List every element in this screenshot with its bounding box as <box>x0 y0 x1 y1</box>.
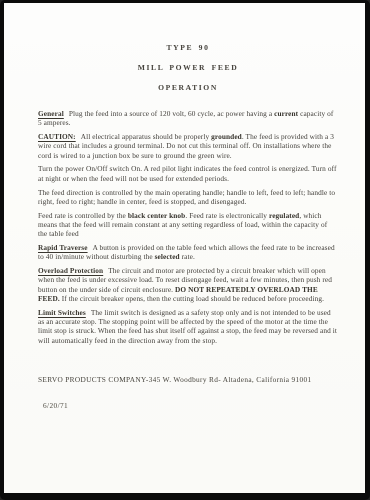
paragraph-heading: Overload Protection <box>38 266 103 275</box>
paragraph-heading: CAUTION: <box>38 132 76 141</box>
paragraph-text: All electrical apparatus should be prope… <box>38 132 334 160</box>
paragraph-text: Turn the power On/Off switch On. A red p… <box>38 164 337 182</box>
document-page: TYPE 90 MILL POWER FEED OPERATION Genera… <box>4 3 365 493</box>
company-address-line: SERVO PRODUCTS COMPANY-345 W. Woodbury R… <box>38 375 338 384</box>
paragraph-text: Plug the feed into a source of 120 volt,… <box>38 109 333 127</box>
paragraph-heading: Limit Switches <box>38 308 86 317</box>
document-header: TYPE 90 MILL POWER FEED OPERATION <box>38 43 338 92</box>
document-date: 6/20/71 <box>43 401 338 410</box>
paragraph-general: GeneralPlug the feed into a source of 12… <box>38 109 338 128</box>
document-product-title: MILL POWER FEED <box>38 63 338 72</box>
paragraph-heading: General <box>38 109 64 118</box>
document-type-title: TYPE 90 <box>38 43 338 52</box>
paragraph-feed-rate: Feed rate is controlled by the black cen… <box>38 211 338 239</box>
paragraph-overload-protection: Overload ProtectionThe circuit and motor… <box>38 266 338 303</box>
paragraph-heading: Rapid Traverse <box>38 243 88 252</box>
paragraph-power-switch: Turn the power On/Off switch On. A red p… <box>38 164 338 183</box>
paragraph-feed-direction: The feed direction is controlled by the … <box>38 188 338 207</box>
document-body: GeneralPlug the feed into a source of 12… <box>38 109 338 345</box>
document-section-title: OPERATION <box>38 83 338 92</box>
scanned-page-frame: TYPE 90 MILL POWER FEED OPERATION Genera… <box>0 0 370 500</box>
paragraph-caution: CAUTION:All electrical apparatus should … <box>38 132 338 160</box>
paragraph-limit-switches: Limit SwitchesThe limit switch is design… <box>38 308 338 345</box>
paragraph-rapid-traverse: Rapid TraverseA button is provided on th… <box>38 243 338 262</box>
paragraph-text: The feed direction is controlled by the … <box>38 188 335 206</box>
paragraph-text: Feed rate is controlled by the black cen… <box>38 211 327 239</box>
